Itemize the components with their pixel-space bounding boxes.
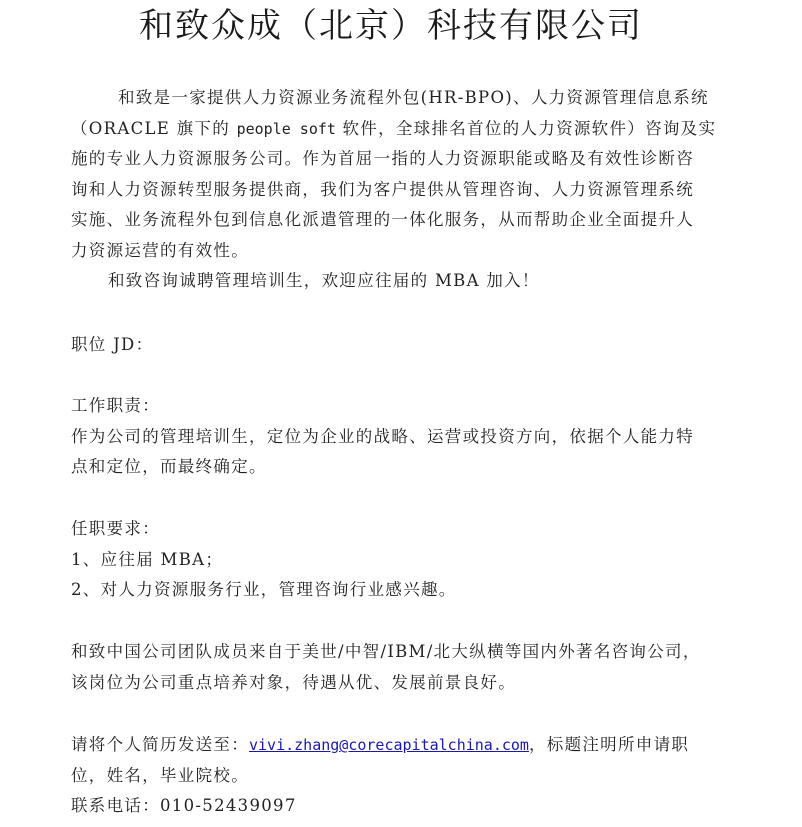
email-link[interactable]: vivi.zhang@corecapitalchina.com — [249, 736, 529, 754]
intro-line: 力资源运营的有效性。 — [71, 236, 721, 267]
team-section: 和致中国公司团队成员来自于美世/中智/IBM/北大纵横等国内外著名咨询公司， 该… — [71, 637, 721, 698]
intro-fragment: （ORACLE 旗下的 — [71, 119, 237, 138]
contact-line: 位，姓名，毕业院校。 — [71, 761, 721, 792]
intro-line: （ORACLE 旗下的 people soft 软件，全球排名首位的人力资源软件… — [71, 114, 721, 145]
team-line: 该岗位为公司重点培养对象，待遇从优、发展前景良好。 — [71, 668, 721, 699]
contact-section: 请将个人简历发送至：vivi.zhang@corecapitalchina.co… — [71, 730, 721, 822]
duties-line: 作为公司的管理培训生，定位为企业的战略、运营或投资方向，依据个人能力特 — [71, 422, 721, 453]
phone-line: 联系电话：010-52439097 — [71, 791, 721, 822]
send-prefix: 请将个人简历发送至： — [71, 735, 249, 754]
duties-line: 点和定位，而最终确定。 — [71, 452, 721, 483]
team-line: 和致中国公司团队成员来自于美世/中智/IBM/北大纵横等国内外著名咨询公司， — [71, 637, 721, 668]
intro-line: 询和人力资源转型服务提供商，我们为客户提供从管理咨询、人力资源管理系统 — [71, 175, 721, 206]
intro-line: 实施、业务流程外包到信息化派遣管理的一体化服务，从而帮助企业全面提升人 — [71, 205, 721, 236]
jd-label: 职位 JD： — [71, 330, 721, 361]
send-suffix: ，标题注明所申请职 — [529, 735, 689, 754]
duties-heading: 工作职责： — [71, 391, 721, 422]
intro-line: 施的专业人力资源服务公司。作为首屈一指的人力资源职能或略及有效性诊断咨 — [71, 144, 721, 175]
contact-line: 请将个人简历发送至：vivi.zhang@corecapitalchina.co… — [71, 730, 721, 761]
duties-section: 工作职责： 作为公司的管理培训生，定位为企业的战略、运营或投资方向，依据个人能力… — [71, 391, 721, 483]
intro-paragraph: 和致是一家提供人力资源业务流程外包(HR-BPO)、人力资源管理信息系统 （OR… — [71, 83, 721, 297]
requirements-heading: 任职要求： — [71, 514, 721, 545]
intro-fragment: 软件，全球排名首位的人力资源软件）咨询及实 — [336, 119, 716, 138]
intro-line: 和致是一家提供人力资源业务流程外包(HR-BPO)、人力资源管理信息系统 — [71, 83, 721, 114]
product-name: people soft — [237, 120, 336, 138]
requirement-item: 2、对人力资源服务行业，管理咨询行业感兴趣。 — [71, 575, 721, 606]
requirement-item: 1、应往届 MBA； — [71, 545, 721, 576]
requirements-section: 任职要求： 1、应往届 MBA； 2、对人力资源服务行业，管理咨询行业感兴趣。 — [71, 514, 721, 606]
page-title: 和致众成（北京）科技有限公司 — [0, 4, 782, 48]
document-page: 和致众成（北京）科技有限公司 和致是一家提供人力资源业务流程外包(HR-BPO)… — [0, 0, 802, 827]
recruit-line: 和致咨询诚聘管理培训生，欢迎应往届的 MBA 加入！ — [71, 266, 721, 297]
jd-section: 职位 JD： — [71, 330, 721, 361]
